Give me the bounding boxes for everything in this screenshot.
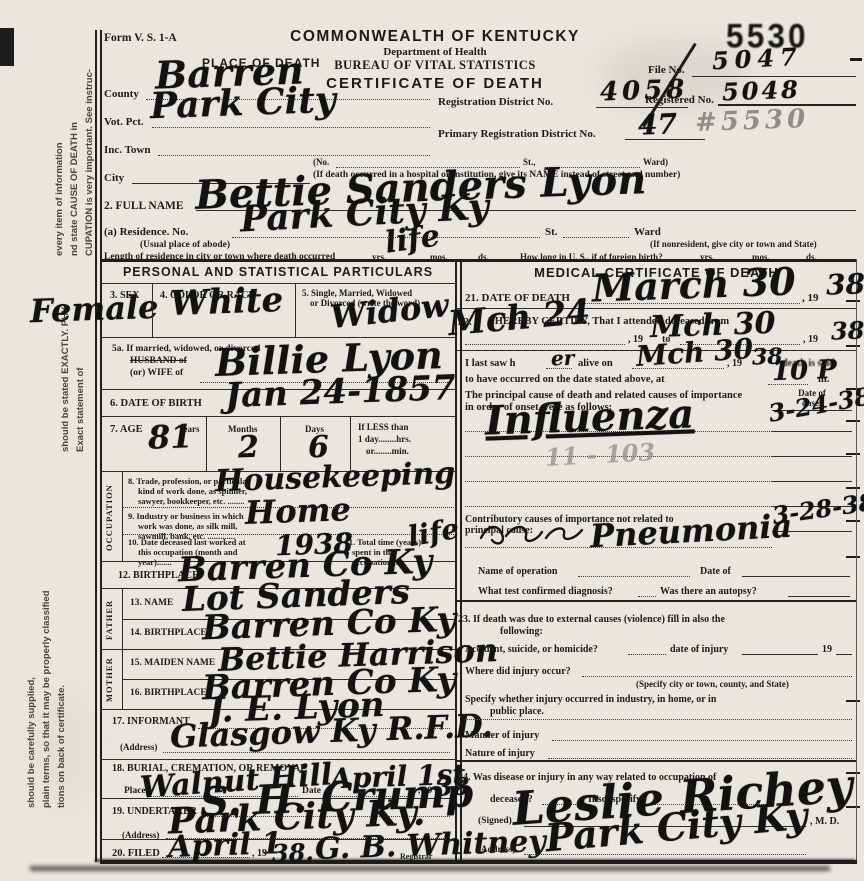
city-ward-label: Ward) [643,157,668,167]
last-worked-label-3: year)....... [138,557,172,567]
signed-label: (Signed) [478,816,512,826]
injury-year-line [836,642,852,655]
industry-label-1: 9. Industry or business in which [128,511,244,521]
father-vertical-label: FATHER [104,594,120,646]
city-no-label: (No. [313,157,329,167]
autopsy-label: Was there an autopsy? [660,586,757,597]
margin-line: tions on back of certificate. [54,590,69,808]
residence-label: (a) Residence. No. [104,226,188,238]
scan-edge-mark [846,556,860,558]
manner-of-injury-label: Manner of injury [465,730,539,741]
cell-border [122,471,123,561]
sex-value: Female [29,288,159,330]
pronoun-value: er [551,346,575,371]
illegible-scrawl [476,516,586,550]
filed-label: 20. FILED [112,848,160,859]
registrar-label: Registrar [400,852,432,861]
scan-edge-mark [846,345,860,347]
onset-row-rule [772,456,852,457]
cause-line [465,505,772,507]
table-right-border [856,259,857,860]
scan-edge-mark [850,58,862,61]
cell-border [152,283,153,337]
occupation-vertical-label: OCCUPATION [104,478,120,558]
external-causes-label-2: following: [500,626,543,637]
industry-label-2: work was done, as silk mill, [138,521,237,531]
cause-line [465,480,772,482]
registered-no-value: 5048 [722,75,802,107]
margin-line: nd state CAUSE OF DEATH in [67,69,82,256]
physician-address-label: (Address) [478,844,515,854]
inc-town-line [158,142,430,156]
registration-district-label: Registration District No. [438,96,553,108]
undertaker-address-label: (Address) [122,830,159,840]
operation-date-label: Date of [700,566,731,577]
accident-label: Accident, suicide, or homicide? [465,644,598,655]
wife-of-label: (or) WIFE of [130,368,183,378]
registration-district-value: 4058 [600,74,689,107]
death-certificate-scan: every item of information nd state CAUSE… [0,0,864,881]
pencil-cause-code: 11 - 103 [544,437,656,472]
occurred-text: to have occurred on the date stated abov… [465,374,665,385]
industry-value: Home [244,490,351,532]
scan-edge-mark [846,520,860,522]
primary-district-label: Primary Registration District No. [438,128,596,140]
age-label: 7. AGE [110,424,143,435]
abode-note: (Usual place of abode) [140,240,230,250]
certify-year-value: 38 [831,315,864,345]
margin-note-bottom: should be carefully supplied, plain term… [24,590,70,808]
scan-edge-mark [846,700,860,702]
color-race-value: White [169,280,283,324]
filed-date-value: April 1 [167,826,282,865]
nature-of-injury-label: Nature of injury [465,748,535,759]
margin-line: should be carefully supplied, [24,590,39,808]
commonwealth-title: COMMONWEALTH OF KENTUCKY [255,28,615,46]
scan-edge-mark [846,420,860,422]
test-line [638,584,656,597]
last-saw-text-1: I last saw h [465,358,515,369]
age-less-label-1: If LESS than [358,422,409,432]
where-injury-line [582,664,852,677]
cell-border [295,283,296,337]
row-border [100,416,456,417]
date-of-death-value: March 30 [591,258,796,310]
onset-row-rule [772,431,852,432]
manner-line [552,728,852,741]
section-rule-heavy [457,600,856,602]
separator-line [465,718,852,720]
last-worked-label-1: 10. Date deceased last worked at [128,537,246,547]
margin-line: every item of information [52,69,67,256]
specify-label-2: public place. [490,706,544,717]
specify-label-1: Specify whether injury occurred in indus… [465,694,716,705]
operation-label: Name of operation [478,566,557,577]
accident-line [628,642,666,655]
residence-st-line [563,224,629,238]
form-number: Form V. S. 1-A [104,32,177,44]
mother-vertical-label: MOTHER [104,654,120,706]
pencil-file-note: #5530 [695,104,810,138]
date-of-birth-value: Jan 24-1857 [224,368,456,416]
voting-precinct-label: Vot. Pct. [104,116,144,128]
operation-line [578,564,690,577]
where-injury-note: (Specify city or town, county, and State… [636,679,789,689]
husband-of-label: HUSBAND of [130,356,187,366]
age-years-value: 81 [147,417,193,457]
bottom-smudge [30,866,830,871]
file-no-value: 5047 [711,42,803,76]
operation-date-line [742,564,850,577]
test-label: What test confirmed diagnosis? [478,586,613,597]
age-less-label-3: or........min. [366,446,409,456]
residence-ward-label: Ward [634,226,661,238]
onset-row-rule [772,481,852,482]
certify-19b: , 19 [803,334,818,345]
last-saw-text-2: alive on [578,358,613,369]
residence-st-label: St. [545,226,558,238]
death-time-value: 10 P [771,355,837,387]
county-label: County [104,88,139,100]
father-name-label: 13. NAME [130,598,173,608]
cause-of-death-value: Influenza [484,390,695,444]
date-of-birth-label: 6. DATE OF BIRTH [110,398,202,409]
voting-precinct-value: Park City [149,79,336,127]
primary-district-value: 47 [637,107,677,141]
scan-corner-mark [0,28,14,66]
filed-year-value: 38. [272,837,315,867]
md-label: , M. D. [810,816,839,827]
nature-line [548,746,852,759]
contributory-line [465,546,772,548]
cell-border [206,416,207,471]
injury-date-label: date of injury [670,644,728,655]
injury-19-label: 19 [822,644,832,655]
autopsy-line [788,584,850,597]
margin-line: plain terms, so that it may be properly … [39,590,54,808]
age-less-label-2: 1 day........hrs. [358,434,411,444]
injury-date-line [742,642,818,655]
filed-year-prefix: , 19 [252,848,267,859]
informant-address-label: (Address) [120,742,157,752]
margin-note-top: every item of information nd state CAUSE… [52,69,98,256]
mother-birthplace-label: 16. BIRTHPLACE [130,688,207,698]
mother-maiden-label: 15. MAIDEN NAME [130,658,215,668]
form-left-border [95,30,102,862]
where-injury-label: Where did injury occur? [465,666,571,677]
dod-year-value: 38 [825,267,864,301]
city-label: City [104,172,124,184]
personal-section-title: PERSONAL AND STATISTICAL PARTICULARS [100,265,456,279]
external-causes-label-1: 23. If death was due to external causes … [458,614,725,625]
nonresident-note: (If nonresident, give city or town and S… [650,239,817,249]
age-months-value: 2 [237,430,259,466]
inc-town-label: Inc. Town [104,144,150,156]
father-birthplace-label: 14. BIRTHPLACE [130,628,207,638]
full-name-label: 2. FULL NAME [104,200,184,212]
dod-year-prefix: , 19 [802,292,819,304]
